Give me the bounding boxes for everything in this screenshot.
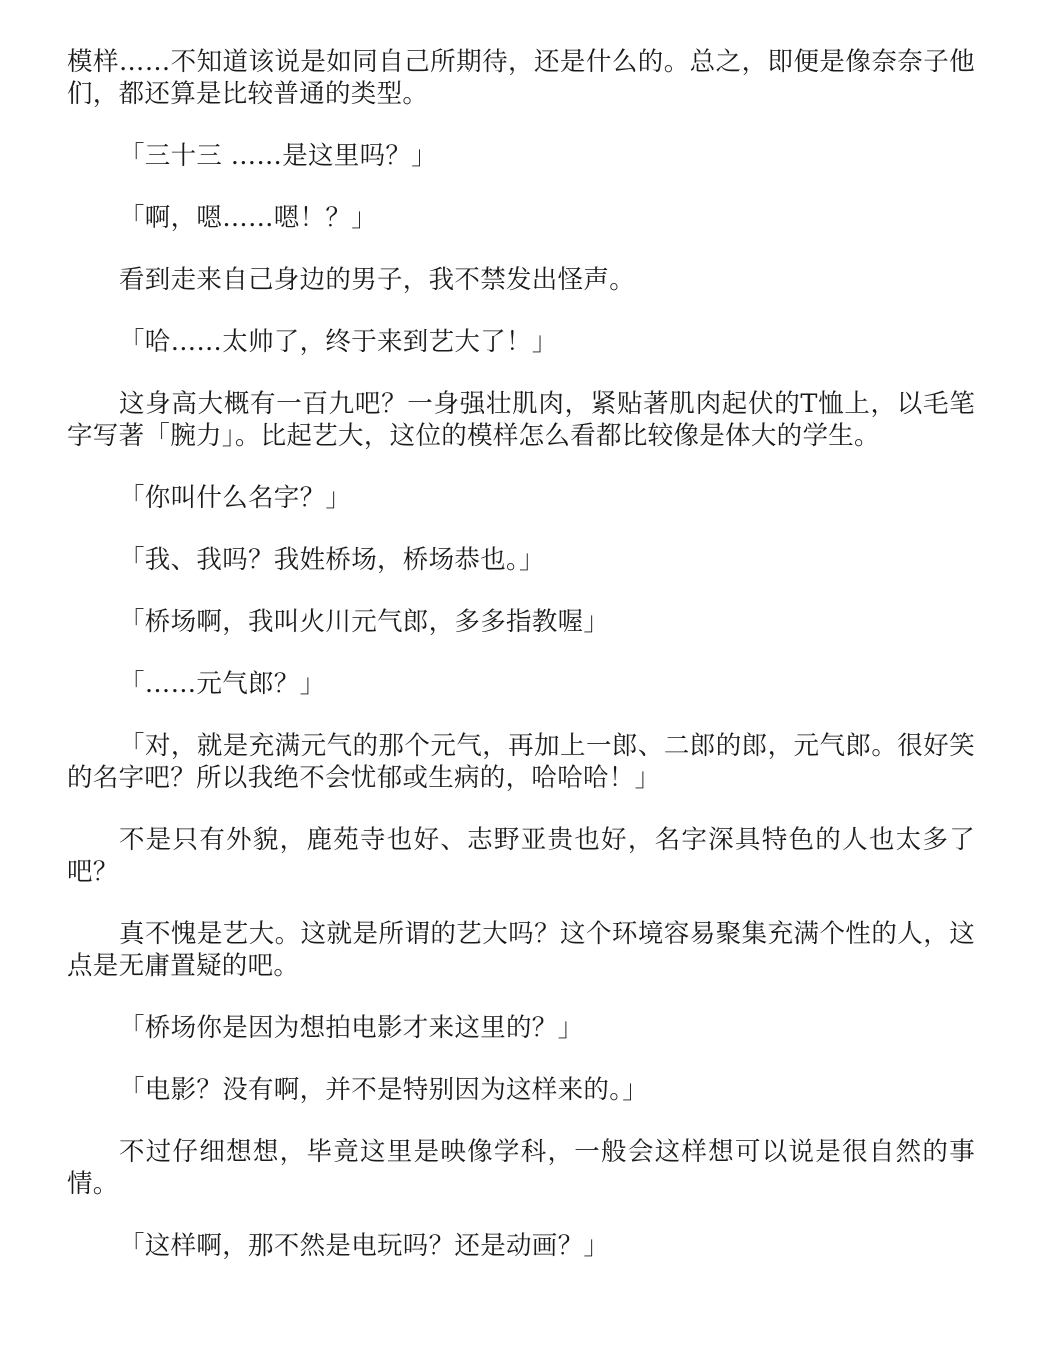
narration-paragraph: 真不愧是艺大。这就是所谓的艺大吗？这个环境容易聚集充满个性的人，这点是无庸置疑的… xyxy=(67,918,975,982)
dialogue-line: 「桥场你是因为想拍电影才来这里的？」 xyxy=(67,1012,975,1044)
paragraph-continued: 模样……不知道该说是如同自己所期待，还是什么的。总之，即便是像奈奈子他们，都还算… xyxy=(67,46,975,110)
narration-paragraph: 不过仔细想想，毕竟这里是映像学科，一般会这样想可以说是很自然的事情。 xyxy=(67,1136,975,1200)
dialogue-line: 「啊，嗯……嗯！？」 xyxy=(67,202,975,234)
dialogue-line: 「这样啊，那不然是电玩吗？还是动画？」 xyxy=(67,1230,975,1262)
dialogue-line: 「对，就是充满元气的那个元气，再加上一郎、二郎的郎，元气郎。很好笑的名字吧？所以… xyxy=(67,730,975,794)
dialogue-line: 「哈……太帅了，终于来到艺大了！」 xyxy=(67,326,975,358)
dialogue-line: 「你叫什么名字？」 xyxy=(67,482,975,514)
dialogue-line: 「电影？没有啊，并不是特别因为这样来的。」 xyxy=(67,1074,975,1106)
dialogue-line: 「……元气郎？」 xyxy=(67,668,975,700)
document-page: 模样……不知道该说是如同自己所期待，还是什么的。总之，即便是像奈奈子他们，都还算… xyxy=(67,46,975,1292)
dialogue-line: 「桥场啊，我叫火川元气郎，多多指教喔」 xyxy=(67,606,975,638)
dialogue-line: 「三十三 ……是这里吗？」 xyxy=(67,140,975,172)
narration-paragraph: 看到走来自己身边的男子，我不禁发出怪声。 xyxy=(67,264,975,296)
narration-paragraph: 这身高大概有一百九吧？一身强壮肌肉，紧贴著肌肉起伏的T恤上，以毛笔字写著「腕力」… xyxy=(67,388,975,452)
dialogue-line: 「我、我吗？我姓桥场，桥场恭也。」 xyxy=(67,544,975,576)
narration-paragraph: 不是只有外貌，鹿苑寺也好、志野亚贵也好，名字深具特色的人也太多了吧？ xyxy=(67,824,975,888)
